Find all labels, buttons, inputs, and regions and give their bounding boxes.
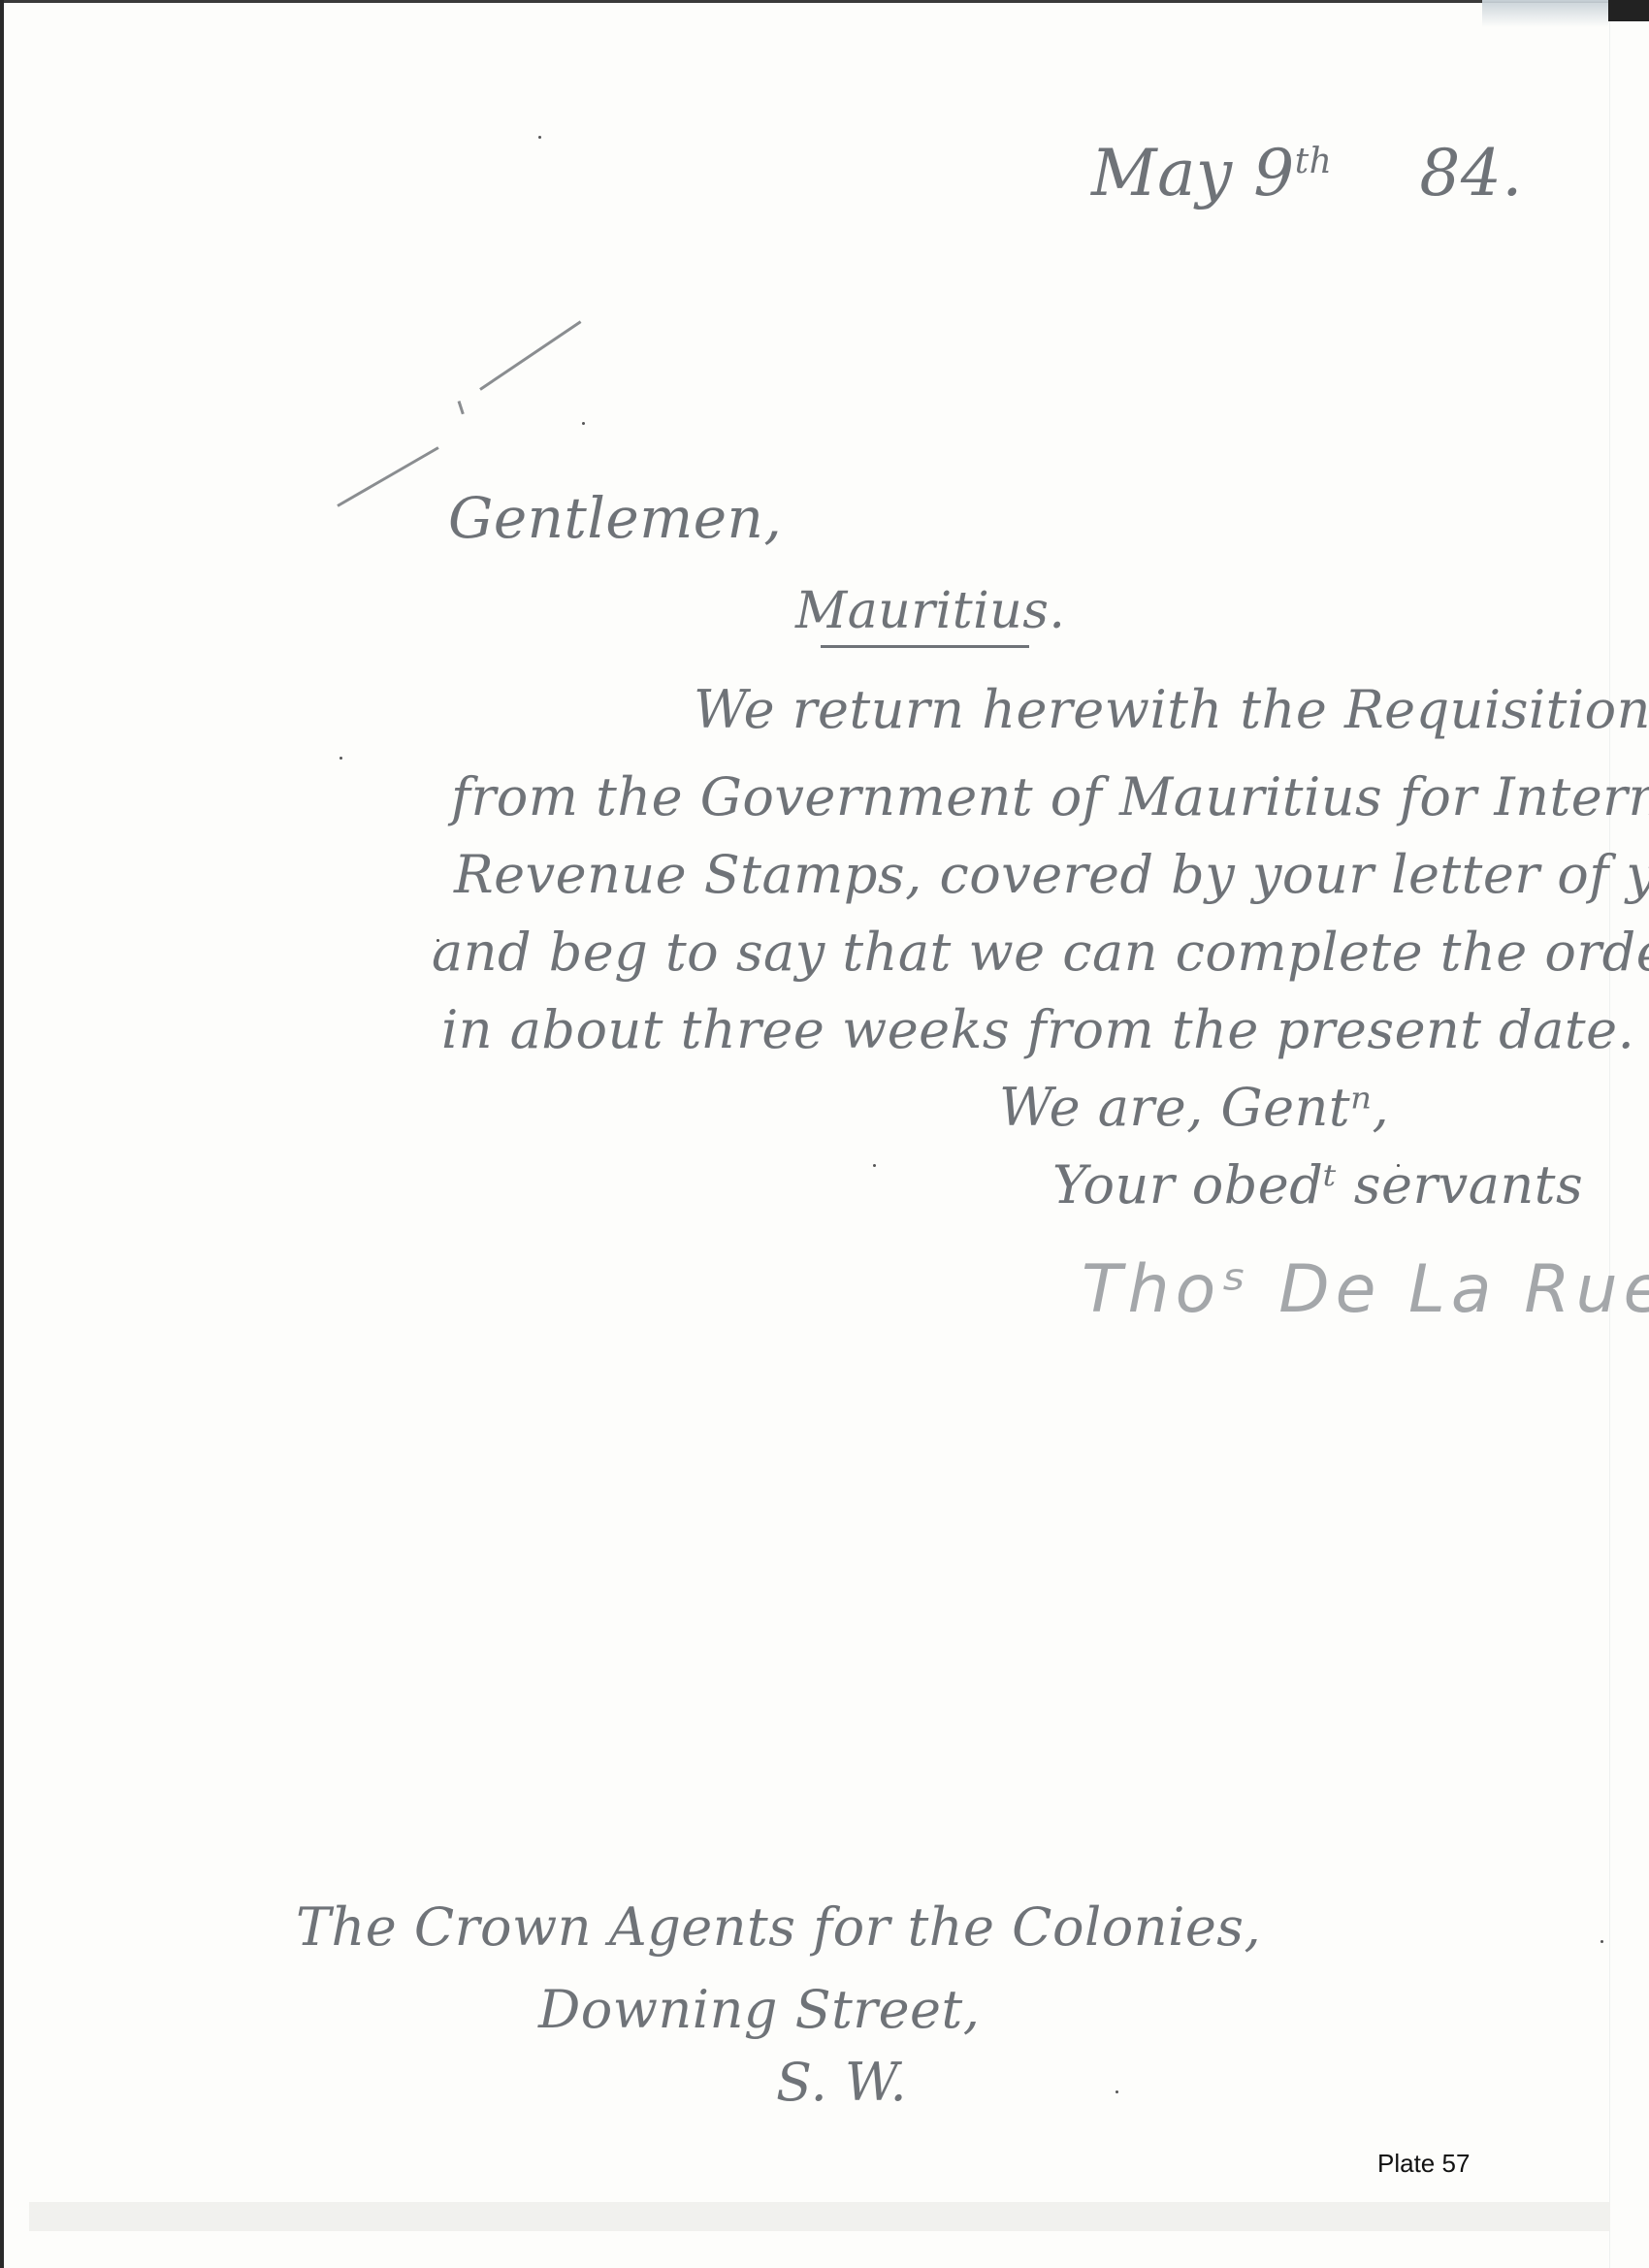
plate-caption: Plate 57 [1377, 2149, 1470, 2179]
addressee-line: Downing Street, [538, 1979, 980, 2040]
scan-speck [1600, 1940, 1603, 1943]
body-line: and beg to say that we can complete the … [432, 922, 1649, 983]
scan-speck [1115, 2090, 1118, 2093]
date-month-day: May 9 [1091, 136, 1295, 211]
salutation: Gentlemen, [448, 485, 782, 551]
body-line: We return herewith the Requisition [694, 679, 1649, 740]
scan-speck [873, 1164, 876, 1167]
addressee-line: S. W. [776, 2052, 907, 2113]
closing-line: We are, Gentⁿ, [999, 1077, 1389, 1138]
body-line: Revenue Stamps, covered by your letter o… [454, 844, 1649, 905]
scan-speck [1397, 1164, 1400, 1167]
scan-speck [339, 757, 342, 760]
addressee-line: The Crown Agents for the Colonies, [296, 1896, 1261, 1958]
subject-heading: Mauritius. [795, 582, 1065, 640]
date-ordinal: th [1295, 142, 1333, 181]
body-line: in about three weeks from the present da… [441, 999, 1634, 1060]
closing-line: Your obedᵗ servants [1052, 1154, 1583, 1215]
letter-date: May 9th84. [1091, 136, 1523, 211]
date-year: 84. [1419, 136, 1522, 211]
scan-edge-left [0, 0, 4, 2268]
body-line: from the Government of Mauritius for Int… [451, 766, 1649, 827]
scan-speck [436, 939, 439, 942]
corner-shadow [1482, 0, 1608, 27]
scan-edge-top [0, 0, 1649, 3]
signature: Thoˢ De La Rue [1082, 1251, 1649, 1328]
scan-speck [538, 136, 541, 139]
scan-speck [582, 422, 585, 425]
page-edge-right [1609, 21, 1610, 2268]
subject-underline [821, 645, 1029, 648]
paper-bottom-band [29, 2202, 1610, 2231]
scan-corner-mark [1608, 0, 1649, 21]
